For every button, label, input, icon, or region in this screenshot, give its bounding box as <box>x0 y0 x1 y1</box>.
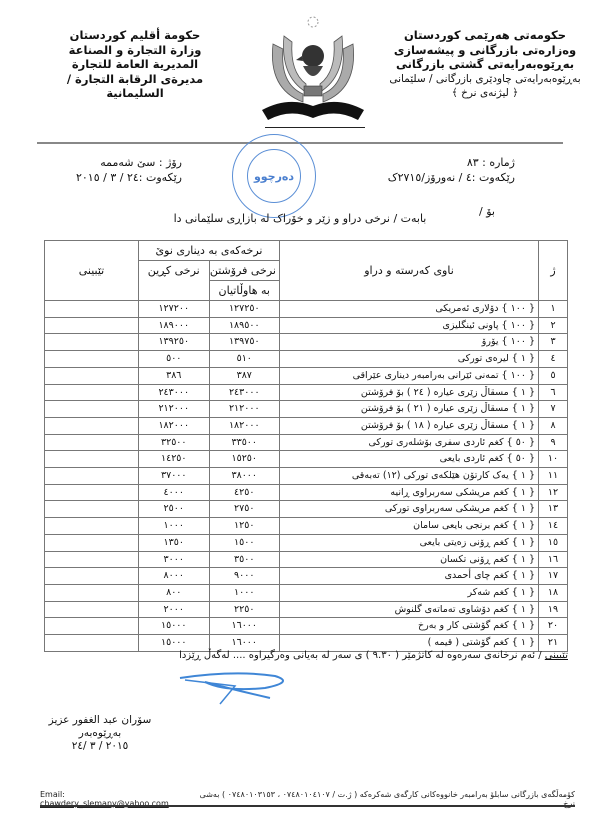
item-name: { ١ } مسقاڵ زێری عیارە ( ٢٤ ) بۆ فرۆشتن <box>280 384 539 401</box>
buy-price: ١٨٢٠٠٠ <box>139 417 210 434</box>
item-name: { ١٠٠ } دۆلاری ئەمریکی <box>280 301 539 318</box>
sell-price: ١٣٩٧٥٠ <box>209 334 280 351</box>
buy-price: ١٣٩٢٥٠ <box>139 334 210 351</box>
table-row: ٨{ ١ } مسقاڵ زێری عیارە ( ١٨ ) بۆ فرۆشتن… <box>45 417 568 434</box>
row-number: ٤ <box>539 351 568 368</box>
row-number: ٢١ <box>539 635 568 652</box>
buy-price: ١٨٩٠٠٠ <box>139 317 210 334</box>
buy-price: ١٥٠٠٠ <box>139 635 210 652</box>
sell-price: ١٥٢٥٠ <box>209 451 280 468</box>
item-name: { ١ } کغم ڕۆنی تکسان <box>280 551 539 568</box>
buy-price: ٢١٢٠٠٠ <box>139 401 210 418</box>
row-note <box>45 568 139 585</box>
item-name: { ١ } مسقاڵ زێری عیارە ( ١٨ ) بۆ فرۆشتن <box>280 417 539 434</box>
arabic-header-line: حكومة أقليم كوردستان <box>40 28 230 43</box>
sell-price: ١٥٠٠ <box>209 534 280 551</box>
table-row: ١٤{ ١ } کغم برنجی بایعی سامان١٢٥٠١٠٠٠ <box>45 518 568 535</box>
item-name: { ١ } یەک کارتۆن هێلکەی تورکی (١٢) تەبەق… <box>280 468 539 485</box>
table-row: ٥{ ١٠٠ } تمەنی ئێرانی بەرامبەر دیناری عێ… <box>45 367 568 384</box>
sell-price: ١٨٩٥٠٠ <box>209 317 280 334</box>
row-note <box>45 384 139 401</box>
buy-price: ٥٠٠ <box>139 351 210 368</box>
row-note <box>45 551 139 568</box>
row-note <box>45 618 139 635</box>
sell-price: ٣٨٧ <box>209 367 280 384</box>
table-row: ٦{ ١ } مسقاڵ زێری عیارە ( ٢٤ ) بۆ فرۆشتن… <box>45 384 568 401</box>
item-name: { ١ } کغم مریشکی سەربراوی ڕانیە <box>280 484 539 501</box>
row-number: ١٩ <box>539 601 568 618</box>
buy-price: ١٠٠٠ <box>139 518 210 535</box>
buy-price: ٤٠٠٠ <box>139 484 210 501</box>
item-name: { ١ } کغم چای أحمدی <box>280 568 539 585</box>
row-number: ٥ <box>539 367 568 384</box>
signature-scribble-icon <box>175 668 305 708</box>
kurdish-date: رێکەوت :٤ / نەورۆز/٢٧١٥ک <box>388 170 515 185</box>
sell-price: ١٢٧٢٥٠ <box>209 301 280 318</box>
arabic-header-line: وزارة التجارة و الصناعة <box>40 43 230 58</box>
col-header-sell-sub: بە هاوڵاتیان <box>209 281 280 301</box>
row-number: ١ <box>539 301 568 318</box>
kurdish-header-line: حکومەتی هەرێمی کوردستان <box>380 28 590 43</box>
signatory-name: سۆران عبد الغفور عزیز <box>40 714 160 727</box>
signature-block: سۆران عبد الغفور عزیز بەڕێوەبەر ٢٠١٥ / ٣… <box>40 714 160 753</box>
sell-price: ١٠٠٠ <box>209 584 280 601</box>
col-header-buy-price: نرخی کڕین <box>139 261 210 301</box>
row-note <box>45 334 139 351</box>
sell-price: ١٦٠٠٠ <box>209 618 280 635</box>
row-note <box>45 317 139 334</box>
item-name: { ١ } کغم مریشکی سەربراوی تورکی <box>280 501 539 518</box>
item-name: { ٥٠ } کغم ئاردی سفری بۆشلەری تورکی <box>280 434 539 451</box>
item-name: { ١ } کغم دۆشاوی تەماتەی گلنوش <box>280 601 539 618</box>
table-row: ٢٠{ ١ } کغم گۆشتی کار و بەرخ١٦٠٠٠١٥٠٠٠ <box>45 618 568 635</box>
row-note <box>45 601 139 618</box>
row-number: ١٠ <box>539 451 568 468</box>
table-row: ٤{ ١ } لیرەی تورکی٥١٠٥٠٠ <box>45 351 568 368</box>
day-of-week: رۆژ : سێ شەممە <box>62 155 182 170</box>
row-number: ١٤ <box>539 518 568 535</box>
row-note <box>45 484 139 501</box>
item-name: { ١ } کغم ڕۆنی زەیتی بایعی <box>280 534 539 551</box>
footnote: تێبینی / ئەم نرخانەی سەرەوە لە کاتژمێر (… <box>120 650 568 661</box>
buy-price: ٢٤٣٠٠٠ <box>139 384 210 401</box>
row-note <box>45 468 139 485</box>
row-note <box>45 351 139 368</box>
item-name: { ١ } کغم شەکر <box>280 584 539 601</box>
buy-price: ٨٠٠٠ <box>139 568 210 585</box>
row-note <box>45 417 139 434</box>
item-name: { ١ } کغم برنجی بایعی سامان <box>280 518 539 535</box>
sell-price: ٣٨٠٠٠ <box>209 468 280 485</box>
table-row: ٢{ ١٠٠ } پاونی ئینگلیزی١٨٩٥٠٠١٨٩٠٠٠ <box>45 317 568 334</box>
kurdish-header-line: بەڕێوەبەرایەتی چاودێری بازرگانی / سلێمان… <box>380 72 590 87</box>
committee-label: ﴿ لیژنەی نرخ ﴾ <box>380 86 590 101</box>
footnote-text: / ئەم نرخانەی سەرەوە لە کاتژمێر ( ٩.٣٠ )… <box>179 650 545 661</box>
row-number: ٧ <box>539 401 568 418</box>
buy-price: ٣٢٥٠٠ <box>139 434 210 451</box>
buy-price: ٣٧٠٠٠ <box>139 468 210 485</box>
buy-price: ٢٥٠٠ <box>139 501 210 518</box>
table-row: ١١{ ١ } یەک کارتۆن هێلکەی تورکی (١٢) تەب… <box>45 468 568 485</box>
table-row: ١٠{ ٥٠ } کغم ئاردی بایعی١٥٢٥٠١٤٢٥٠ <box>45 451 568 468</box>
buy-price: ١٥٠٠٠ <box>139 618 210 635</box>
table-row: ٧{ ١ } مسقاڵ زێری عیارە ( ٢١ ) بۆ فرۆشتن… <box>45 401 568 418</box>
row-note <box>45 534 139 551</box>
row-number: ١٥ <box>539 534 568 551</box>
table-row: ٣{ ١٠٠ } یۆرۆ١٣٩٧٥٠١٣٩٢٥٠ <box>45 334 568 351</box>
row-note <box>45 367 139 384</box>
item-name: { ١ } کغم گۆشتی کار و بەرخ <box>280 618 539 635</box>
outgoing-stamp: دەرچوو <box>232 134 316 218</box>
date-block: رۆژ : سێ شەممە رێکەوت :٢٤ / ٣ / ٢٠١٥ <box>62 155 182 185</box>
row-number: ٨ <box>539 417 568 434</box>
item-name: { ١ } کغم گۆشتی ( قیمە ) <box>280 635 539 652</box>
item-name: { ٥٠ } کغم ئاردی بایعی <box>280 451 539 468</box>
sell-price: ١٨٢٠٠٠ <box>209 417 280 434</box>
buy-price: ٢٠٠٠ <box>139 601 210 618</box>
row-note <box>45 451 139 468</box>
row-note <box>45 584 139 601</box>
row-number: ٢ <box>539 317 568 334</box>
sell-price: ٢٧٥٠ <box>209 501 280 518</box>
buy-price: ٣٨٦ <box>139 367 210 384</box>
price-table: ژ ناوی کەرستە و دراو نرخەکەی بە دیناری ن… <box>44 240 568 652</box>
col-header-notes: تێبینی <box>45 241 139 301</box>
kurdish-letterhead: حکومەتی هەرێمی کوردستان وەزارەتی بازرگان… <box>380 28 590 101</box>
footer-divider <box>40 805 575 807</box>
buy-price: ٣٠٠٠ <box>139 551 210 568</box>
row-note <box>45 501 139 518</box>
table-row: ١٥{ ١ } کغم ڕۆنی زەیتی بایعی١٥٠٠١٣٥٠ <box>45 534 568 551</box>
table-row: ١{ ١٠٠ } دۆلاری ئەمریکی١٢٧٢٥٠١٢٧٢٠٠ <box>45 301 568 318</box>
sell-price: ٢٢٥٠ <box>209 601 280 618</box>
kurdish-header-line: وەزارەتی بازرگانی و پیشەسازی <box>380 43 590 58</box>
buy-price: ١٤٢٥٠ <box>139 451 210 468</box>
document-number: ژمارە : ٨٣ <box>388 155 515 170</box>
row-note <box>45 401 139 418</box>
row-note <box>45 635 139 652</box>
item-name: { ١ } لیرەی تورکی <box>280 351 539 368</box>
gregorian-date: رێکەوت :٢٤ / ٣ / ٢٠١٥ <box>62 170 182 185</box>
row-number: ١٣ <box>539 501 568 518</box>
signatory-title: بەڕێوەبەر <box>40 727 160 740</box>
signature-date: ٢٠١٥ / ٣ /٢٤ <box>40 740 160 753</box>
table-row: ٩{ ٥٠ } کغم ئاردی سفری بۆشلەری تورکی٣٣٥٠… <box>45 434 568 451</box>
emblem-underline <box>265 127 365 128</box>
table-row: ١٢{ ١ } کغم مریشکی سەربراوی ڕانیە٤٢٥٠٤٠٠… <box>45 484 568 501</box>
kurdistan-emblem-icon <box>258 14 368 124</box>
buy-price: ٨٠٠ <box>139 584 210 601</box>
stamp-text: دەرچوو <box>247 149 301 203</box>
row-number: ١٧ <box>539 568 568 585</box>
arabic-letterhead: حكومة أقليم كوردستان وزارة التجارة و الص… <box>40 28 230 101</box>
buy-price: ١٢٧٢٠٠ <box>139 301 210 318</box>
sell-price: ٩٠٠٠ <box>209 568 280 585</box>
col-header-price-group: نرخەکەی بە دیناری نوێ <box>139 241 280 261</box>
row-note <box>45 518 139 535</box>
item-name: { ١٠٠ } یۆرۆ <box>280 334 539 351</box>
kurdish-header-line: بەڕێوەبەرایەتی گشتی بازرگانی <box>380 57 590 72</box>
row-note <box>45 434 139 451</box>
item-name: { ١٠٠ } پاونی ئینگلیزی <box>280 317 539 334</box>
sell-price: ٢١٢٠٠٠ <box>209 401 280 418</box>
row-note <box>45 301 139 318</box>
item-name: { ١ } مسقاڵ زێری عیارە ( ٢١ ) بۆ فرۆشتن <box>280 401 539 418</box>
table-row: ١٨{ ١ } کغم شەکر١٠٠٠٨٠٠ <box>45 584 568 601</box>
row-number: ١٢ <box>539 484 568 501</box>
item-name: { ١٠٠ } تمەنی ئێرانی بەرامبەر دیناری عێر… <box>280 367 539 384</box>
table-row: ١٩{ ١ } کغم دۆشاوی تەماتەی گلنوش٢٢٥٠٢٠٠٠ <box>45 601 568 618</box>
table-row: ١٣{ ١ } کغم مریشکی سەربراوی تورکی٢٧٥٠٢٥٠… <box>45 501 568 518</box>
row-number: ١٨ <box>539 584 568 601</box>
row-number: ٢٠ <box>539 618 568 635</box>
sell-price: ٢٤٣٠٠٠ <box>209 384 280 401</box>
table-row: ٢١{ ١ } کغم گۆشتی ( قیمە )١٦٠٠٠١٥٠٠٠ <box>45 635 568 652</box>
row-number: ٦ <box>539 384 568 401</box>
table-row: ١٧{ ١ } کغم چای أحمدی٩٠٠٠٨٠٠٠ <box>45 568 568 585</box>
document-number-block: ژمارە : ٨٣ رێکەوت :٤ / نەورۆز/٢٧١٥ک <box>388 155 515 185</box>
table-row: ١٦{ ١ } کغم ڕۆنی تکسان٣٥٠٠٣٠٠٠ <box>45 551 568 568</box>
arabic-header-line: مديرةى الرقابة التجارة / السليمانية <box>40 72 230 101</box>
sell-price: ٤٢٥٠ <box>209 484 280 501</box>
sell-price: ١٢٥٠ <box>209 518 280 535</box>
subject-line: بابەت / نرخی دراو و زێر و خۆراک لە بازاڕ… <box>120 212 480 225</box>
buy-price: ١٣٥٠ <box>139 534 210 551</box>
sell-price: ١٦٠٠٠ <box>209 635 280 652</box>
col-header-sell-price: نرخی فرۆشتن <box>209 261 280 281</box>
row-number: ١٦ <box>539 551 568 568</box>
recipient-line: بۆ / <box>479 205 495 218</box>
col-header-item-name: ناوی کەرستە و دراو <box>280 241 539 301</box>
sell-price: ٣٣٥٠٠ <box>209 434 280 451</box>
col-header-number: ژ <box>539 241 568 301</box>
row-number: ٩ <box>539 434 568 451</box>
row-number: ١١ <box>539 468 568 485</box>
arabic-header-line: المديرية العامة للتجارة <box>40 57 230 72</box>
sell-price: ٣٥٠٠ <box>209 551 280 568</box>
footnote-label: تێبینی <box>545 650 568 661</box>
row-number: ٣ <box>539 334 568 351</box>
sell-price: ٥١٠ <box>209 351 280 368</box>
